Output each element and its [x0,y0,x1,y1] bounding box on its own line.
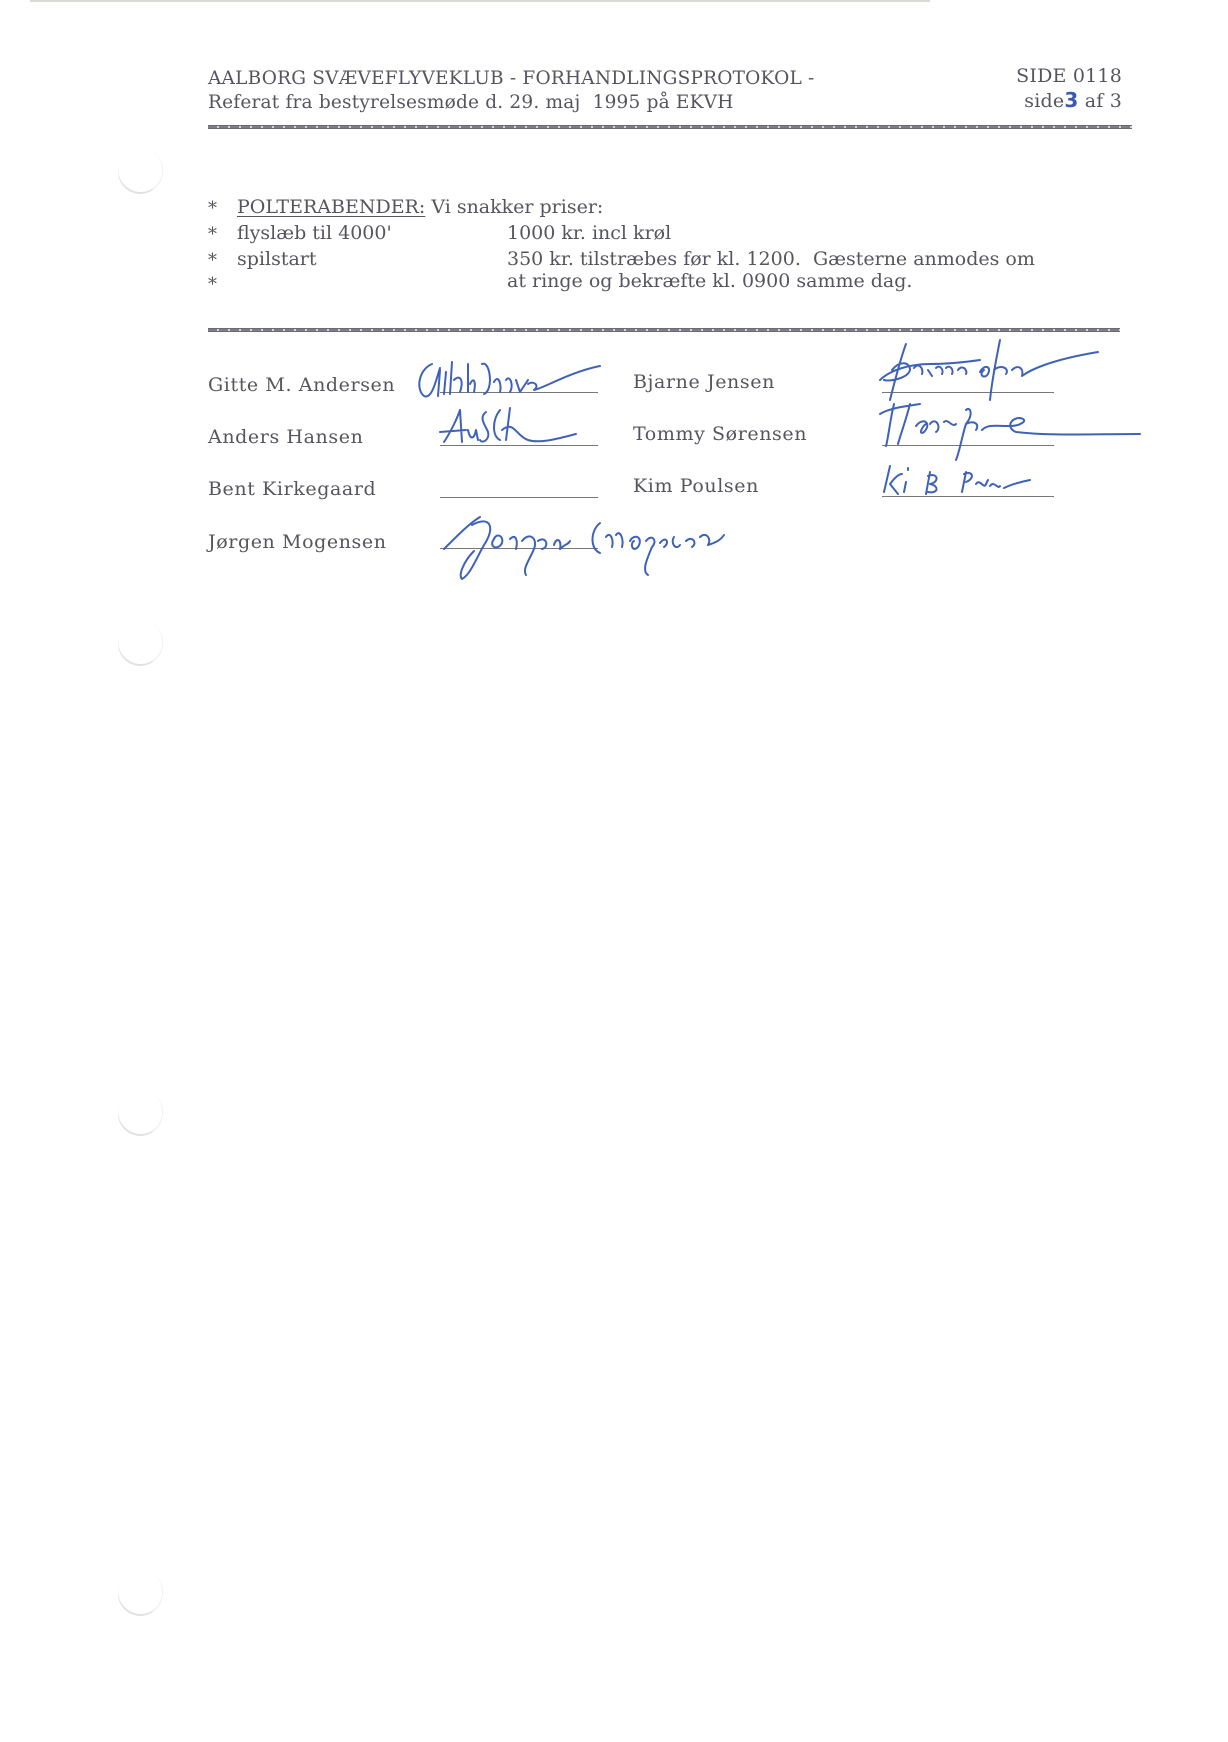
agenda-item-label: flyslæb til 4000' [237,222,392,244]
punch-hole-mark [111,614,169,673]
section-divider [208,328,1120,332]
bullet: * [208,274,217,295]
signatory-name: Bjarne Jensen [633,371,775,393]
punch-hole-mark [111,142,169,201]
punch-hole-mark [111,1564,169,1623]
page-of-suffix: af 3 [1085,90,1122,112]
bullet: * [208,198,217,219]
punch-hole-mark [111,1084,169,1143]
agenda-heading: POLTERABENDER: [237,196,425,218]
header-divider [208,125,1132,129]
bullet: * [208,250,217,271]
agenda-heading-line: POLTERABENDER: Vi snakker priser: [237,196,603,218]
bullet: * [208,224,217,245]
signature-line [440,497,598,498]
signatory-name: Tommy Sørensen [633,423,807,445]
signature-jorgen [430,505,760,585]
signature-tommy [870,390,1150,470]
document-title: AALBORG SVÆVEFLYVEKLUB - FORHANDLINGSPRO… [208,68,814,89]
signatory-name: Gitte M. Andersen [208,374,395,396]
agenda-item-label: spilstart [237,248,317,270]
signatory-name: Kim Poulsen [633,475,759,497]
page-label: SIDE 0118 [1016,65,1122,87]
page-of-prefix: side [1024,90,1064,112]
document-subtitle: Referat fra bestyrelsesmøde d. 29. maj 1… [208,92,734,113]
signatory-name: Bent Kirkegaard [208,478,376,500]
document-page: AALBORG SVÆVEFLYVEKLUB - FORHANDLINGSPRO… [0,0,1228,1742]
signatory-name: Anders Hansen [208,426,363,448]
signature-anders [430,400,610,450]
signature-kim [880,462,1080,502]
page-current-handwritten: 3 [1064,88,1078,112]
agenda-item-value: 1000 kr. incl krøl [507,222,671,244]
signatory-name: Jørgen Mogensen [208,531,387,553]
agenda-item-value: at ringe og bekræfte kl. 0900 samme dag. [507,270,912,292]
agenda-item-value: 350 kr. tilstræbes før kl. 1200. Gæstern… [507,248,1035,270]
scan-edge [30,0,930,2]
agenda-heading-text: Vi snakker priser: [431,196,603,218]
page-of: side3 af 3 [1024,88,1122,112]
